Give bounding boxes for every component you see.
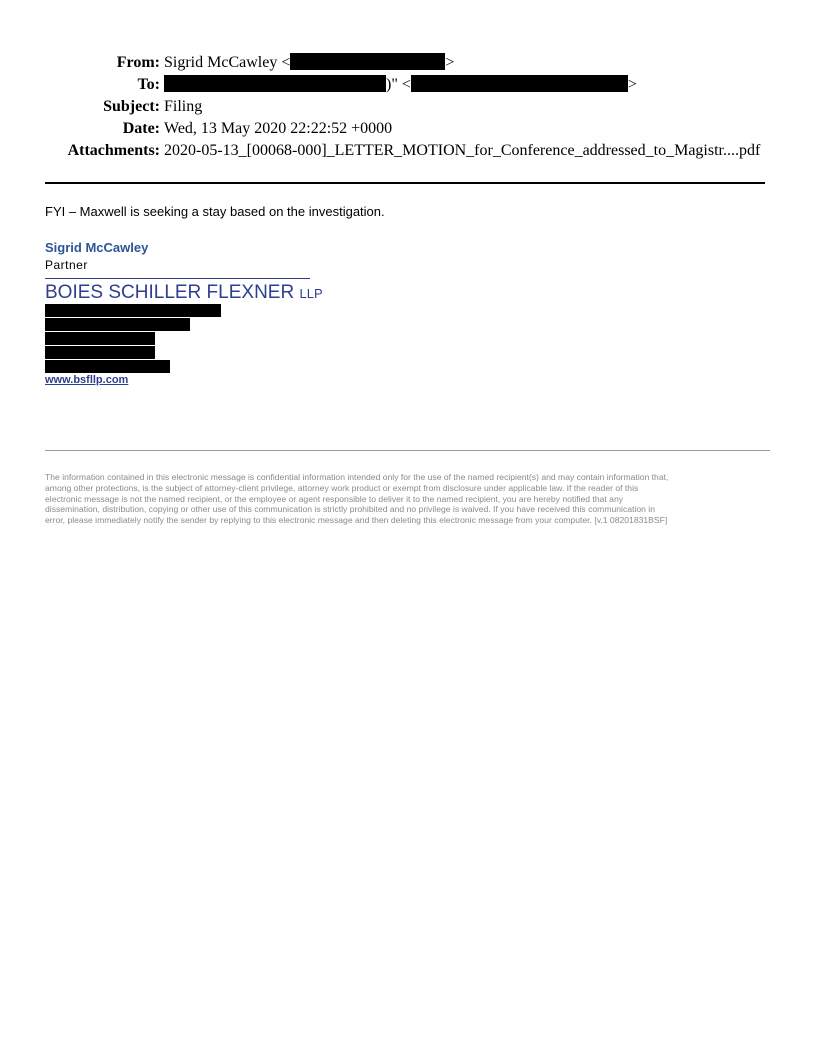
from-name: Sigrid McCawley < — [164, 54, 290, 71]
redacted-address-line — [45, 318, 190, 331]
subject-label: Subject: — [103, 96, 160, 118]
firm-suffix: LLP — [299, 286, 322, 301]
confidentiality-disclaimer: The information contained in this electr… — [45, 472, 775, 526]
to-suffix: > — [628, 76, 637, 93]
redacted-recipient-email — [411, 75, 628, 92]
firm-name: BOIES SCHILLER FLEXNER — [45, 282, 294, 303]
disclaimer-line: dissemination, distribution, copying or … — [45, 504, 775, 515]
date-value: Wed, 13 May 2020 22:22:52 +0000 — [164, 118, 392, 140]
redacted-address-line — [45, 304, 221, 317]
website-link[interactable]: www.bsfllp.com — [45, 374, 128, 386]
redacted-address-line — [45, 360, 170, 373]
date-row: Date: Wed, 13 May 2020 22:22:52 +0000 — [0, 118, 816, 140]
redacted-address-line — [45, 332, 155, 345]
to-middle: )" < — [386, 76, 411, 93]
signature-name: Sigrid McCawley — [45, 240, 148, 255]
redacted-address-line — [45, 346, 155, 359]
date-label: Date: — [123, 118, 160, 140]
disclaimer-line: error, please immediately notify the sen… — [45, 515, 775, 526]
firm-logo-text: BOIES SCHILLER FLEXNER LLP — [45, 282, 323, 304]
disclaimer-divider — [45, 450, 770, 451]
disclaimer-line: electronic message is not the named reci… — [45, 494, 775, 505]
from-suffix: > — [445, 54, 454, 71]
to-row: To: )" <> — [0, 74, 816, 96]
header-divider — [45, 182, 765, 184]
signature-divider — [45, 278, 310, 279]
from-label: From: — [117, 52, 160, 74]
disclaimer-line: among other protections, is the subject … — [45, 483, 775, 494]
attachments-label: Attachments: — [68, 140, 160, 162]
to-value: )" <> — [164, 74, 637, 96]
attachment-filename[interactable]: 2020-05-13_[00068-000]_LETTER_MOTION_for… — [164, 140, 760, 162]
attachments-row: Attachments: 2020-05-13_[00068-000]_LETT… — [0, 140, 816, 162]
subject-value: Filing — [164, 96, 202, 118]
redacted-recipient-name — [164, 75, 386, 92]
disclaimer-line: The information contained in this electr… — [45, 472, 775, 483]
subject-row: Subject: Filing — [0, 96, 816, 118]
from-row: From: Sigrid McCawley <> — [0, 52, 816, 74]
email-header: From: Sigrid McCawley <> To: )" <> Subje… — [0, 52, 816, 162]
from-value: Sigrid McCawley <> — [164, 52, 454, 74]
signature-title: Partner — [45, 258, 88, 272]
message-body: FYI – Maxwell is seeking a stay based on… — [45, 204, 385, 219]
redacted-email — [290, 53, 445, 70]
to-label: To: — [137, 74, 160, 96]
